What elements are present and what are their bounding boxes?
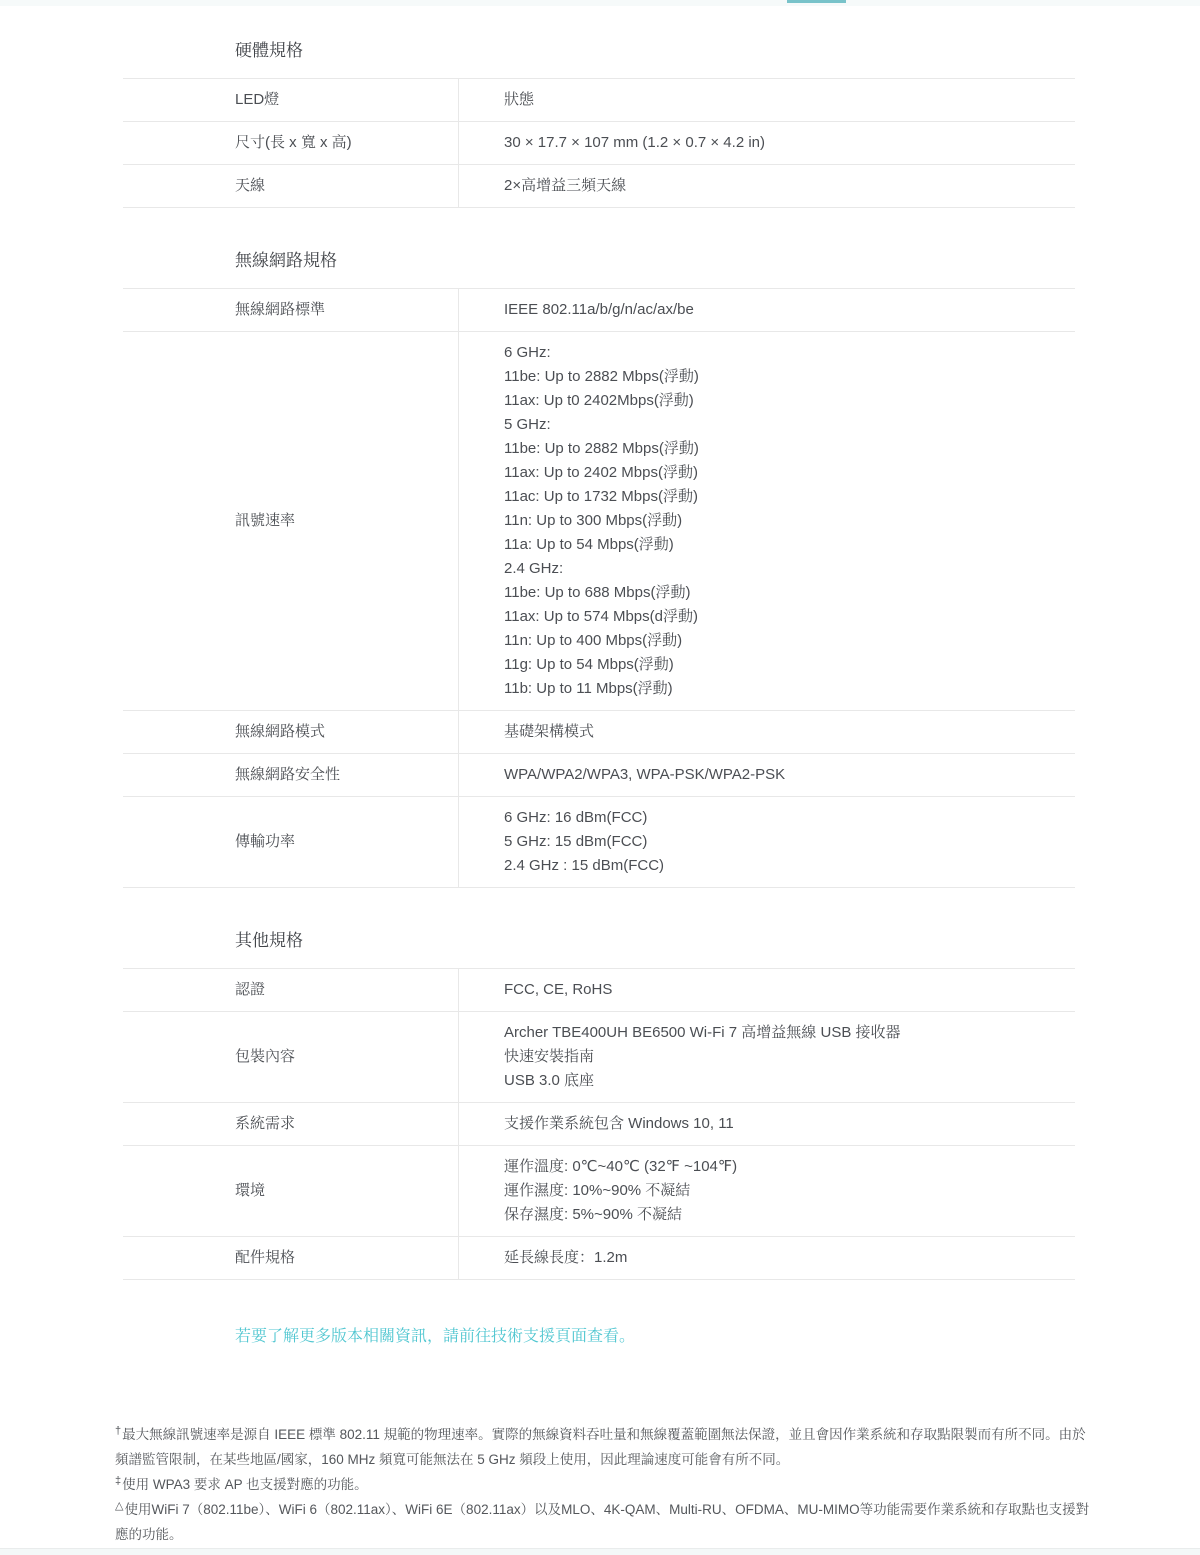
row-label: 訊號速率 (123, 332, 458, 710)
footnote: †最大無線訊號速率是源自 IEEE 標準 802.11 規範的物理速率。實際的無… (115, 1422, 1093, 1472)
spec-section: 硬體規格 LED燈 狀態 尺寸(長 x 寬 x 高) 30 × 17.7 × 1… (123, 40, 1075, 208)
table-row: 系統需求 支援作業系統包含 Windows 10, 11 (123, 1103, 1075, 1146)
row-value-line: FCC, CE, RoHS (504, 978, 1063, 1002)
table-row: 配件規格 延長線長度：1.2m (123, 1237, 1075, 1280)
row-value-line: 11g: Up to 54 Mbps(浮動) (504, 653, 1063, 677)
row-value-line: 2.4 GHz: (504, 557, 1063, 581)
row-value-line: 6 GHz: 16 dBm(FCC) (504, 806, 1063, 830)
table-row: 包裝內容 Archer TBE400UH BE6500 Wi-Fi 7 高增益無… (123, 1012, 1075, 1103)
footer-strip (0, 1548, 1200, 1555)
footnotes: †最大無線訊號速率是源自 IEEE 標準 802.11 規範的物理速率。實際的無… (115, 1422, 1093, 1547)
row-value-line: 快速安裝指南 (504, 1045, 1063, 1069)
row-value-line: 11be: Up to 688 Mbps(浮動) (504, 581, 1063, 605)
row-values: 2×高增益三頻天線 (458, 165, 1075, 207)
section-table: 無線網路標準 IEEE 802.11a/b/g/n/ac/ax/be 訊號速率 … (123, 288, 1075, 888)
footnote: △使用WiFi 7（802.11be）、WiFi 6（802.11ax）、WiF… (115, 1497, 1093, 1547)
row-values: Archer TBE400UH BE6500 Wi-Fi 7 高增益無線 USB… (458, 1012, 1075, 1102)
top-nav-strip (0, 0, 1200, 6)
row-value-line: USB 3.0 底座 (504, 1069, 1063, 1093)
row-values: IEEE 802.11a/b/g/n/ac/ax/be (458, 289, 1075, 331)
row-value-line: 基礎架構模式 (504, 720, 1063, 744)
section-title: 無線網路規格 (123, 208, 1075, 288)
table-row: 天線 2×高增益三頻天線 (123, 165, 1075, 208)
row-label: 配件規格 (123, 1237, 458, 1279)
row-label: LED燈 (123, 79, 458, 121)
row-value-line: 運作濕度: 10%~90% 不凝結 (504, 1179, 1063, 1203)
row-value-line: 11be: Up to 2882 Mbps(浮動) (504, 365, 1063, 389)
spec-content: 硬體規格 LED燈 狀態 尺寸(長 x 寬 x 高) 30 × 17.7 × 1… (123, 0, 1075, 1348)
footnote-marker: △ (115, 1500, 123, 1512)
row-value-line: WPA/WPA2/WPA3, WPA-PSK/WPA2-PSK (504, 763, 1063, 787)
section-title: 硬體規格 (123, 40, 1075, 78)
row-label: 傳輸功率 (123, 797, 458, 887)
row-label: 系統需求 (123, 1103, 458, 1145)
row-value-line: 11ax: Up to 574 Mbps(d浮動) (504, 605, 1063, 629)
table-row: 訊號速率 6 GHz:11be: Up to 2882 Mbps(浮動)11ax… (123, 332, 1075, 711)
row-value-line: Archer TBE400UH BE6500 Wi-Fi 7 高增益無線 USB… (504, 1021, 1063, 1045)
row-value-line: 2×高增益三頻天線 (504, 174, 1063, 198)
row-values: WPA/WPA2/WPA3, WPA-PSK/WPA2-PSK (458, 754, 1075, 796)
row-value-line: 11b: Up to 11 Mbps(浮動) (504, 677, 1063, 701)
table-row: LED燈 狀態 (123, 79, 1075, 122)
row-values: FCC, CE, RoHS (458, 969, 1075, 1011)
row-values: 延長線長度：1.2m (458, 1237, 1075, 1279)
spec-section: 其他規格 認證 FCC, CE, RoHS 包裝內容 Archer TBE400… (123, 888, 1075, 1280)
table-row: 無線網路標準 IEEE 802.11a/b/g/n/ac/ax/be (123, 289, 1075, 332)
row-values: 6 GHz:11be: Up to 2882 Mbps(浮動)11ax: Up … (458, 332, 1075, 710)
row-value-line: 11ax: Up to 2402 Mbps(浮動) (504, 461, 1063, 485)
section-table: 認證 FCC, CE, RoHS 包裝內容 Archer TBE400UH BE… (123, 968, 1075, 1280)
row-value-line: 狀態 (504, 88, 1063, 112)
row-value-line: 11n: Up to 400 Mbps(浮動) (504, 629, 1063, 653)
table-row: 尺寸(長 x 寬 x 高) 30 × 17.7 × 107 mm (1.2 × … (123, 122, 1075, 165)
footnote-marker: † (115, 1425, 121, 1437)
row-value-line: 5 GHz: 15 dBm(FCC) (504, 830, 1063, 854)
row-value-line: 11a: Up to 54 Mbps(浮動) (504, 533, 1063, 557)
row-value-line: 支援作業系統包含 Windows 10, 11 (504, 1112, 1063, 1136)
section-title: 其他規格 (123, 888, 1075, 968)
row-values: 30 × 17.7 × 107 mm (1.2 × 0.7 × 4.2 in) (458, 122, 1075, 164)
row-value-line: 11be: Up to 2882 Mbps(浮動) (504, 437, 1063, 461)
footnote: ‡使用 WPA3 要求 AP 也支援對應的功能。 (115, 1472, 1093, 1497)
row-label: 認證 (123, 969, 458, 1011)
row-value-line: 2.4 GHz : 15 dBm(FCC) (504, 854, 1063, 878)
row-label: 環境 (123, 1146, 458, 1236)
row-values: 6 GHz: 16 dBm(FCC)5 GHz: 15 dBm(FCC)2.4 … (458, 797, 1075, 887)
row-value-line: IEEE 802.11a/b/g/n/ac/ax/be (504, 298, 1063, 322)
row-value-line: 保存濕度: 5%~90% 不凝結 (504, 1203, 1063, 1227)
row-label: 無線網路標準 (123, 289, 458, 331)
row-value-line: 6 GHz: (504, 341, 1063, 365)
row-values: 基礎架構模式 (458, 711, 1075, 753)
row-value-line: 11ac: Up to 1732 Mbps(浮動) (504, 485, 1063, 509)
row-values: 狀態 (458, 79, 1075, 121)
footnote-marker: ‡ (115, 1475, 121, 1487)
spec-section: 無線網路規格 無線網路標準 IEEE 802.11a/b/g/n/ac/ax/b… (123, 208, 1075, 888)
sections: 硬體規格 LED燈 狀態 尺寸(長 x 寬 x 高) 30 × 17.7 × 1… (123, 40, 1075, 1280)
row-value-line: 延長線長度：1.2m (504, 1246, 1063, 1270)
row-value-line: 30 × 17.7 × 107 mm (1.2 × 0.7 × 4.2 in) (504, 131, 1063, 155)
active-tab-indicator (787, 0, 846, 3)
row-values: 支援作業系統包含 Windows 10, 11 (458, 1103, 1075, 1145)
row-label: 尺寸(長 x 寬 x 高) (123, 122, 458, 164)
section-table: LED燈 狀態 尺寸(長 x 寬 x 高) 30 × 17.7 × 107 mm… (123, 78, 1075, 208)
row-label: 天線 (123, 165, 458, 207)
row-label: 無線網路模式 (123, 711, 458, 753)
table-row: 環境 運作溫度: 0℃~40℃ (32℉ ~104℉)運作濕度: 10%~90%… (123, 1146, 1075, 1237)
row-values: 運作溫度: 0℃~40℃ (32℉ ~104℉)運作濕度: 10%~90% 不凝… (458, 1146, 1075, 1236)
row-value-line: 5 GHz: (504, 413, 1063, 437)
row-label: 無線網路安全性 (123, 754, 458, 796)
row-value-line: 11ax: Up t0 2402Mbps(浮動) (504, 389, 1063, 413)
table-row: 傳輸功率 6 GHz: 16 dBm(FCC)5 GHz: 15 dBm(FCC… (123, 797, 1075, 888)
support-link[interactable]: 若要了解更多版本相關資訊，請前往技術支援頁面查看。 (235, 1326, 635, 1348)
row-value-line: 運作溫度: 0℃~40℃ (32℉ ~104℉) (504, 1155, 1063, 1179)
table-row: 認證 FCC, CE, RoHS (123, 969, 1075, 1012)
row-label: 包裝內容 (123, 1012, 458, 1102)
table-row: 無線網路模式 基礎架構模式 (123, 711, 1075, 754)
row-value-line: 11n: Up to 300 Mbps(浮動) (504, 509, 1063, 533)
table-row: 無線網路安全性 WPA/WPA2/WPA3, WPA-PSK/WPA2-PSK (123, 754, 1075, 797)
